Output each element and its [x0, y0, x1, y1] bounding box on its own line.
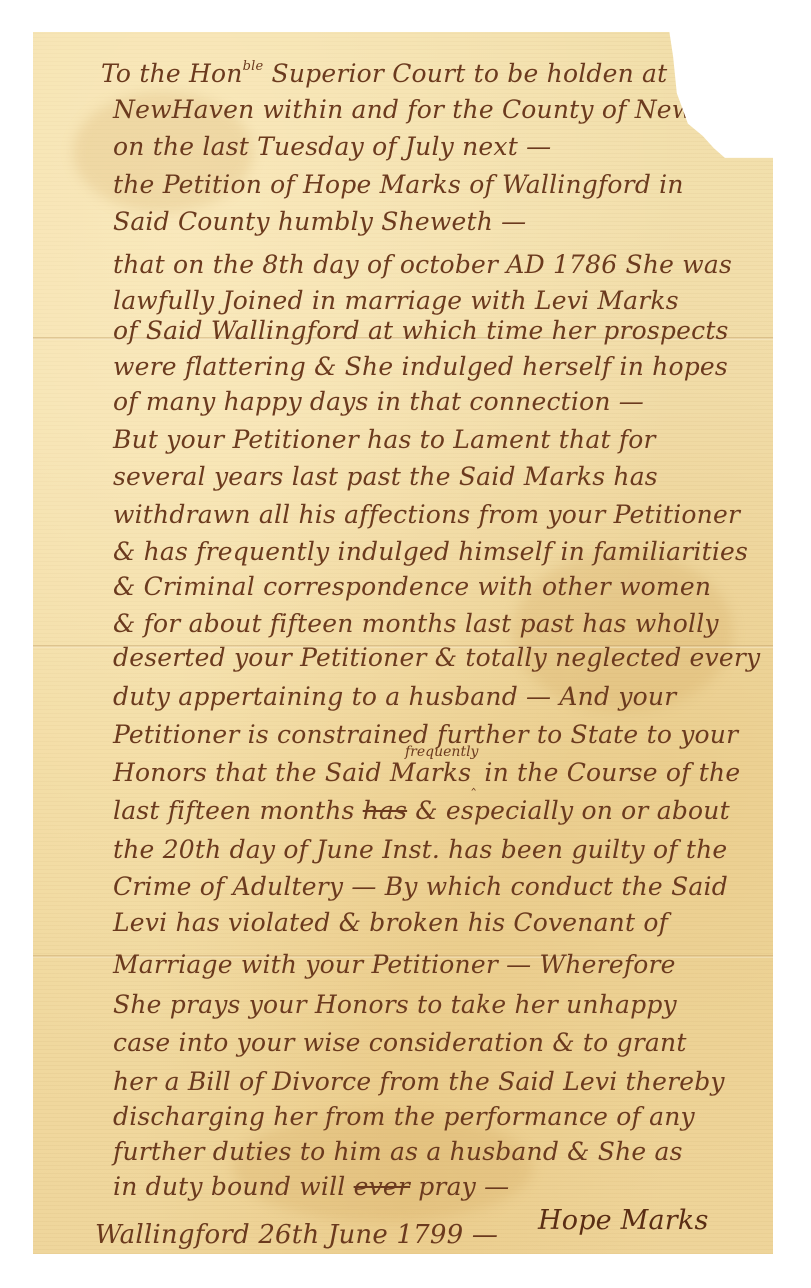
text-line: Crime of Adultery — By which conduct the… — [113, 872, 728, 902]
struck-word: ever — [354, 1172, 410, 1201]
signature: Hope Marks — [538, 1206, 709, 1236]
text-line: & Criminal correspondence with other wom… — [113, 572, 711, 602]
text-line: Marriage with your Petitioner — Wherefor… — [113, 950, 676, 980]
text-line: the Petition of Hope Marks of Wallingfor… — [113, 170, 684, 200]
dateline: Wallingford 26th June 1799 — — [95, 1220, 498, 1250]
text-line: that on the 8th day of october AD 1786 S… — [113, 250, 732, 280]
text-line: She prays your Honors to take her unhapp… — [113, 990, 677, 1020]
text-segment: in duty bound will — [113, 1172, 354, 1201]
text-line: NewHaven within and for the County of Ne… — [113, 95, 776, 125]
text-line: several years last past the Said Marks h… — [113, 462, 658, 492]
superscript: ble — [243, 59, 264, 74]
text-segment: in the Course of the — [476, 758, 740, 787]
text-line: withdrawn all his affections from your P… — [113, 500, 740, 530]
text-line-with-insertion: Honors that the Said Marks‸ in the Cours… — [113, 758, 740, 798]
petition-document: To the Honble Superior Court to be holde… — [33, 32, 773, 1254]
text-line: But your Petitioner has to Lament that f… — [113, 425, 656, 455]
text-line: discharging her from the performance of … — [113, 1102, 695, 1132]
text-line: case into your wise consideration & to g… — [113, 1028, 687, 1058]
text-line: & for about fifteen months last past has… — [113, 609, 719, 639]
text-line: of Said Wallingford at which time her pr… — [113, 316, 729, 346]
text-line: lawfully Joined in marriage with Levi Ma… — [113, 286, 679, 316]
text-line-with-strike: last fifteen months has & especially on … — [113, 796, 730, 826]
text-line: the 20th day of June Inst. has been guil… — [113, 835, 727, 865]
handwritten-text-body: To the Honble Superior Court to be holde… — [33, 32, 773, 1254]
text-segment: pray — — [410, 1172, 509, 1201]
text-line: her a Bill of Divorce from the Said Levi… — [113, 1067, 725, 1097]
text-line: on the last Tuesday of July next — — [113, 132, 551, 162]
text-line: were flattering & She indulged herself i… — [113, 352, 728, 382]
text-line: & has frequently indulged himself in fam… — [113, 537, 748, 567]
text-segment: Superior Court to be holden at — [263, 59, 667, 88]
text-segment: & especially on or about — [407, 796, 730, 825]
text-line: Said County humbly Sheweth — — [113, 207, 526, 237]
text-line-salutation: To the Honble Superior Court to be holde… — [101, 52, 667, 89]
text-segment: last fifteen months — [113, 796, 363, 825]
text-line: Levi has violated & broken his Covenant … — [113, 908, 668, 938]
text-line: further duties to him as a husband & She… — [113, 1137, 683, 1167]
struck-word: has — [363, 796, 407, 825]
text-line-with-strike: in duty bound will ever pray — — [113, 1172, 509, 1202]
text-line: duty appertaining to a husband — And you… — [113, 682, 676, 712]
text-line: of many happy days in that connection — — [113, 387, 644, 417]
text-segment: Honors that the Said Marks — [113, 758, 471, 787]
text-segment: To the Hon — [101, 59, 243, 88]
text-line: deserted your Petitioner & totally negle… — [113, 643, 760, 673]
